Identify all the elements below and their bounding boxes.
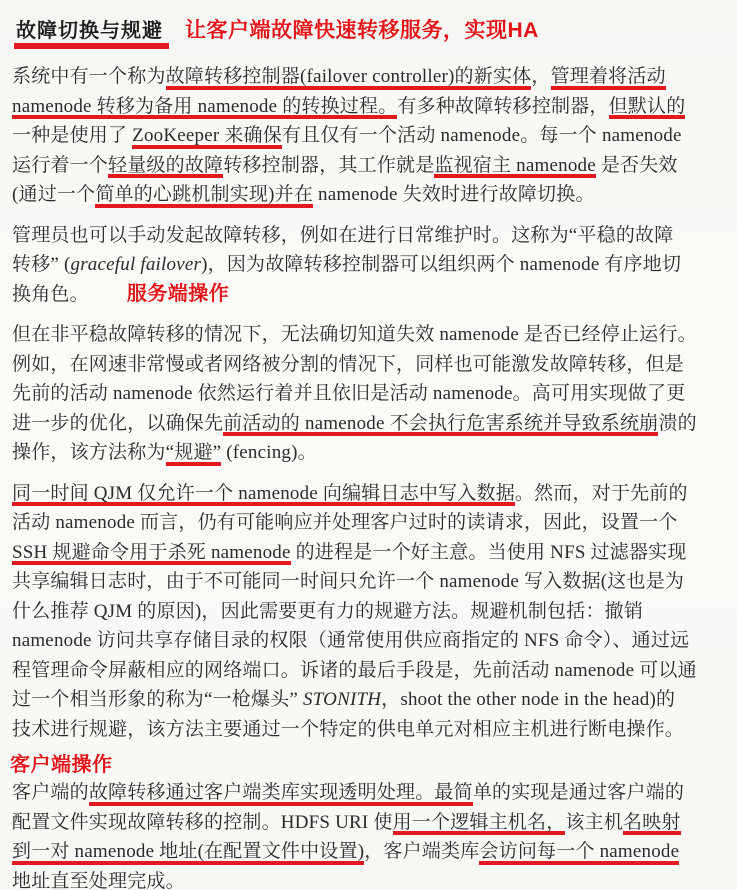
text-line: 配置文件实现故障转移的控制。HDFS URI 使用一个逻辑主机名，该主机名映射: [12, 808, 729, 838]
text-segment: 配置文件实现故障转移的控制。HDFS URI 使: [12, 812, 393, 833]
text-segment: 技术进行规避，该方法主要通过一个特定的供电单元对相应主机进行断电操作。: [12, 719, 684, 740]
text-line: 运行着一个轻量级的故障转移控制器，其工作就是监视宿主 namenode 是否失效: [12, 151, 729, 181]
text-segment: 活动 namenode 而言，仍有可能响应并处理客户过时的读请求，因此，设置一个: [12, 512, 678, 533]
red-underlined-text: 监视宿主 namenode: [434, 155, 595, 179]
text-line: SSH 规避命令用于杀死 namenode 的进程是一个好主意。当使用 NFS …: [12, 538, 729, 568]
text-segment: 管理员也可以手动发起故障转移，例如在进行日常维护时。这称为“平稳的故障: [12, 225, 673, 246]
text-line: namenode 转移为备用 namenode 的转换过程。有多种故障转移控制器…: [12, 92, 729, 122]
text-line: 一种是使用了 ZooKeeper 来确保有且仅有一个活动 namenode。每一…: [12, 121, 729, 151]
paragraph: 但在非平稳故障转移的情况下，无法确切知道失效 namenode 是否已经停止运行…: [12, 320, 729, 468]
text-segment: 。: [166, 871, 185, 890]
text-segment: 溃的: [658, 413, 696, 434]
text-line: 活动 namenode 而言，仍有可能响应并处理客户过时的读请求，因此，设置一个: [12, 508, 729, 538]
text-line: 系统中有一个称为故障转移控制器(failover controller)的新实体…: [12, 62, 729, 92]
text-segment: 系统中有一个称为: [12, 66, 166, 87]
paragraph: 管理员也可以手动发起故障转移，例如在进行日常维护时。这称为“平稳的故障转移” (…: [12, 221, 729, 310]
text-segment: 程管理命令屏蔽相应的网络端口。诉诸的最后手段是，先前活动 namenode 可以…: [12, 660, 697, 681]
red-underlined-text: 名映射: [623, 812, 681, 836]
text-segment: (通过一个: [12, 184, 95, 205]
text-segment: 一种是使用了: [12, 125, 132, 146]
red-underlined-text: ZooKeeper 来确保: [132, 125, 282, 149]
red-annotation-title: 让客户端故障快速转移服务，实现HA: [185, 19, 539, 42]
text-segment: STONITH: [298, 689, 381, 710]
paragraph: 系统中有一个称为故障转移控制器(failover controller)的新实体…: [12, 62, 729, 210]
text-segment: ，shoot the other node in the head)的: [381, 689, 675, 710]
text-segment: 什么推荐 QJM 的原因)，因此需要更有力的规避方法。规避机制包括：撤销: [12, 601, 643, 622]
text-line: 操作，该方法称为“规避” (fencing)。: [12, 438, 729, 468]
text-segment: 该主机: [565, 812, 623, 833]
red-underlined-text: 轻量级的故障: [108, 155, 223, 179]
section-heading-row: 故障切换与规避让客户端故障快速转移服务，实现HA: [14, 14, 729, 44]
text-line: 程管理命令屏蔽相应的网络端口。诉诸的最后手段是，先前活动 namenode 可以…: [12, 656, 729, 686]
red-underlined-text: 简单的心跳机制实现)并在: [95, 184, 313, 208]
text-line: namenode 访问共享存储目录的权限（通常使用供应商指定的 NFS 命令）、…: [12, 626, 729, 656]
text-line: 地址直至处理完成。: [12, 867, 729, 890]
text-segment: 地址: [12, 871, 50, 890]
text-segment: namenode 失效时进行故障切换。: [313, 184, 595, 205]
text-segment: 进一步的优化，以确保先: [12, 413, 223, 434]
text-line: 同一时间 QJM 仅允许一个 namenode 向编辑日志中写入数据。然而，对于…: [12, 479, 729, 509]
text-segment: 。然而，对于先前的: [515, 483, 688, 504]
scanned-book-page: 故障切换与规避让客户端故障快速转移服务，实现HA 系统中有一个称为故障转移控制器…: [0, 0, 737, 890]
text-segment: ，客户端类库: [364, 841, 479, 862]
text-segment: 客户端的: [12, 782, 89, 803]
text-line: 先前的活动 namenode 依然运行着并且依旧是活动 namenode。高可用…: [12, 379, 729, 409]
text-segment: 运行着一个: [12, 155, 108, 176]
red-underlined-text: 同一时间 QJM 仅允许一个 namenode 向编辑日志中写入数据: [12, 483, 515, 507]
text-segment: (fencing)。: [221, 442, 317, 463]
text-segment: 操作，该方法称为: [12, 442, 166, 463]
text-line: 进一步的优化，以确保先前活动的 namenode 不会执行危害系统并导致系统崩溃…: [12, 409, 729, 439]
text-line: 客户端的故障转移通过客户端类库实现透明处理。最简单的实现是通过客户端的: [12, 778, 729, 808]
red-underlined-text: 会访问每一个 namenode: [479, 841, 679, 865]
section-title: 故障切换与规避: [14, 20, 169, 49]
text-line: 过一个相当形象的称为“一枪爆头” STONITH，shoot the other…: [12, 685, 729, 715]
text-segment: 例如，在网速非常慢或者网络被分割的情况下，同样也可能激发故障转移，但是: [12, 354, 684, 375]
text-segment: 有多种故障转移控制器，: [397, 96, 608, 117]
text-line: (通过一个简单的心跳机制实现)并在 namenode 失效时进行故障切换。: [12, 180, 729, 210]
text-segment: 共享编辑日志时，由于不可能同一时间只允许一个 namenode 写入数据(这也是…: [12, 571, 684, 592]
paragraph: 同一时间 QJM 仅允许一个 namenode 向编辑日志中写入数据。然而，对于…: [12, 479, 729, 745]
red-underlined-text: 用一个逻辑主机名，: [393, 812, 566, 836]
red-underlined-text: 直至处理完成: [50, 871, 165, 890]
text-line: 换角色。服务端操作: [12, 280, 729, 310]
red-annotation-client: 客户端操作: [10, 755, 729, 776]
text-segment: 是否失效: [596, 155, 678, 176]
red-underlined-text: 管理着将活动: [551, 66, 666, 90]
text-segment: 先前的活动 namenode 依然运行着并且依旧是活动 namenode。高可用…: [12, 383, 685, 404]
document-body: 系统中有一个称为故障转移控制器(failover controller)的新实体…: [12, 62, 729, 890]
red-underlined-text: “规避”: [166, 442, 222, 466]
text-line: 到一对 namenode 地址(在配置文件中设置)，客户端类库会访问每一个 na…: [12, 837, 729, 867]
text-line: 技术进行规避，该方法主要通过一个特定的供电单元对相应主机进行断电操作。: [12, 715, 729, 745]
red-underlined-text: 故障转移控制器(failover controller)的新实体: [166, 66, 532, 90]
text-line: 例如，在网速非常慢或者网络被分割的情况下，同样也可能激发故障转移，但是: [12, 350, 729, 380]
text-line: 管理员也可以手动发起故障转移，例如在进行日常维护时。这称为“平稳的故障: [12, 221, 729, 251]
text-segment: 过一个相当形象的称为“一枪爆头”: [12, 689, 298, 710]
text-line: 转移” (graceful failover)，因为故障转移控制器可以组织两个 …: [12, 250, 729, 280]
text-segment: 的进程是一个好主意。当使用 NFS 过滤器实现: [291, 542, 687, 563]
text-segment: namenode 访问共享存储目录的权限（通常使用供应商指定的 NFS 命令）、…: [12, 630, 689, 651]
red-underlined-text: namenode 转移为备用 namenode 的转换过程。: [12, 96, 397, 120]
red-underlined-text: 但默认的: [609, 96, 686, 120]
text-line: 但在非平稳故障转移的情况下，无法确切知道失效 namenode 是否已经停止运行…: [12, 320, 729, 350]
red-underlined-text: SSH 规避命令用于杀死 namenode: [12, 542, 291, 566]
text-line: 共享编辑日志时，由于不可能同一时间只允许一个 namenode 写入数据(这也是…: [12, 567, 729, 597]
red-underlined-text: 故障转移通过客户端类库实现透明处理。最简: [89, 782, 473, 806]
paragraph: 客户端的故障转移通过客户端类库实现透明处理。最简单的实现是通过客户端的配置文件实…: [12, 778, 729, 890]
red-annotation-inline: 服务端操作: [127, 283, 230, 305]
text-segment: 转移控制器，其工作就是: [223, 155, 434, 176]
text-segment: 单的实现是通过客户端的: [473, 782, 684, 803]
text-segment: 但在非平稳故障转移的情况下，无法确切知道失效 namenode 是否已经停止运行…: [12, 324, 697, 345]
text-segment: 换角色。: [12, 284, 89, 305]
red-underlined-text: 到一对 namenode 地址(在配置文件中设置): [12, 841, 364, 865]
text-segment: ，: [531, 66, 550, 87]
text-line: 什么推荐 QJM 的原因)，因此需要更有力的规避方法。规避机制包括：撤销: [12, 597, 729, 627]
text-segment: )，因为故障转移控制器可以组织两个 namenode 有序地切: [201, 254, 681, 275]
red-underlined-text: 前活动的 namenode 不会执行危害系统并导致系统崩: [223, 413, 658, 437]
text-segment: 转移” (: [12, 254, 71, 275]
text-segment: 有且仅有一个活动 namenode。每一个 namenode: [282, 125, 682, 146]
text-segment: graceful failover: [71, 254, 202, 275]
